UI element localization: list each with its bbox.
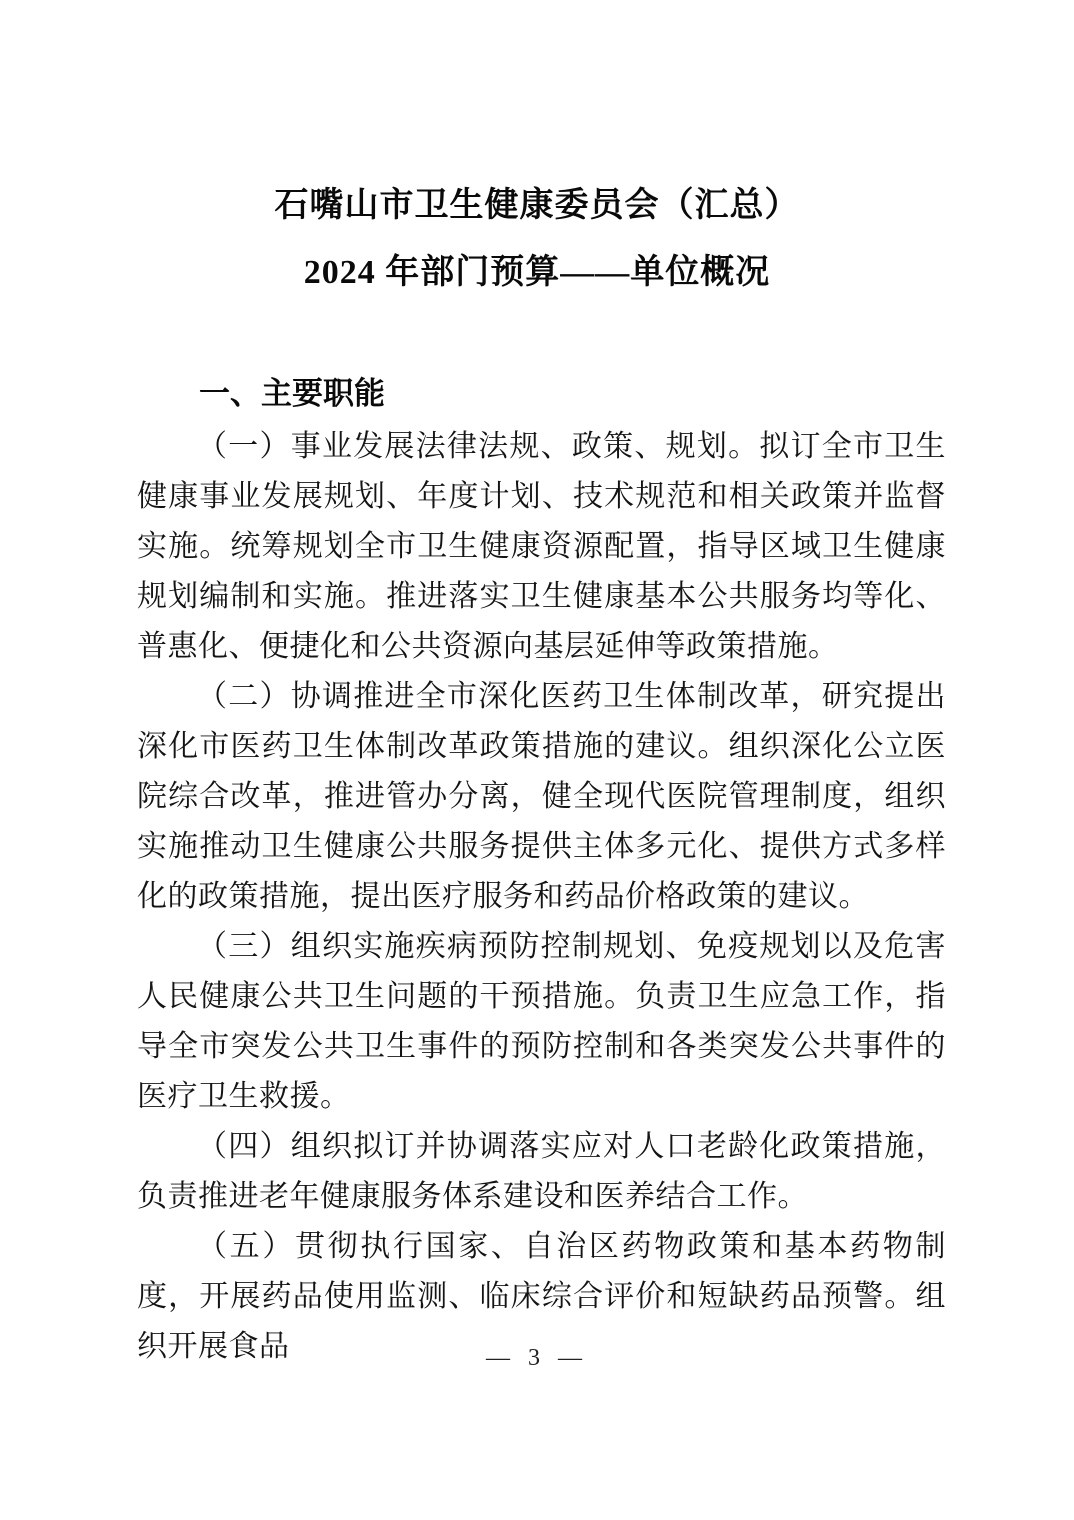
document-title-line-1: 石嘴山市卫生健康委员会（汇总） [0, 172, 1074, 239]
document-title-block: 石嘴山市卫生健康委员会（汇总） 2024 年部门预算——单位概况 [0, 0, 1074, 306]
page-number: — 3 — [486, 1345, 588, 1371]
document-page: 石嘴山市卫生健康委员会（汇总） 2024 年部门预算——单位概况 一、主要职能 … [0, 0, 1074, 1520]
paragraph-item-4: （四）组织拟订并协调落实应对人口老龄化政策措施，负责推进老年健康服务体系建设和医… [137, 1122, 946, 1222]
paragraph-item-3: （三）组织实施疾病预防控制规划、免疫规划以及危害人民健康公共卫生问题的干预措施。… [137, 922, 946, 1122]
page-footer: — 3 — [0, 1336, 1074, 1380]
paragraph-item-2: （二）协调推进全市深化医药卫生体制改革，研究提出深化市医药卫生体制改革政策措施的… [137, 672, 946, 922]
section-heading-main-functions: 一、主要职能 [137, 368, 946, 420]
document-body: 一、主要职能 （一）事业发展法律法规、政策、规划。拟订全市卫生健康事业发展规划、… [0, 368, 1074, 1372]
document-title-line-2: 2024 年部门预算——单位概况 [0, 239, 1074, 306]
paragraph-item-1: （一）事业发展法律法规、政策、规划。拟订全市卫生健康事业发展规划、年度计划、技术… [137, 422, 946, 672]
